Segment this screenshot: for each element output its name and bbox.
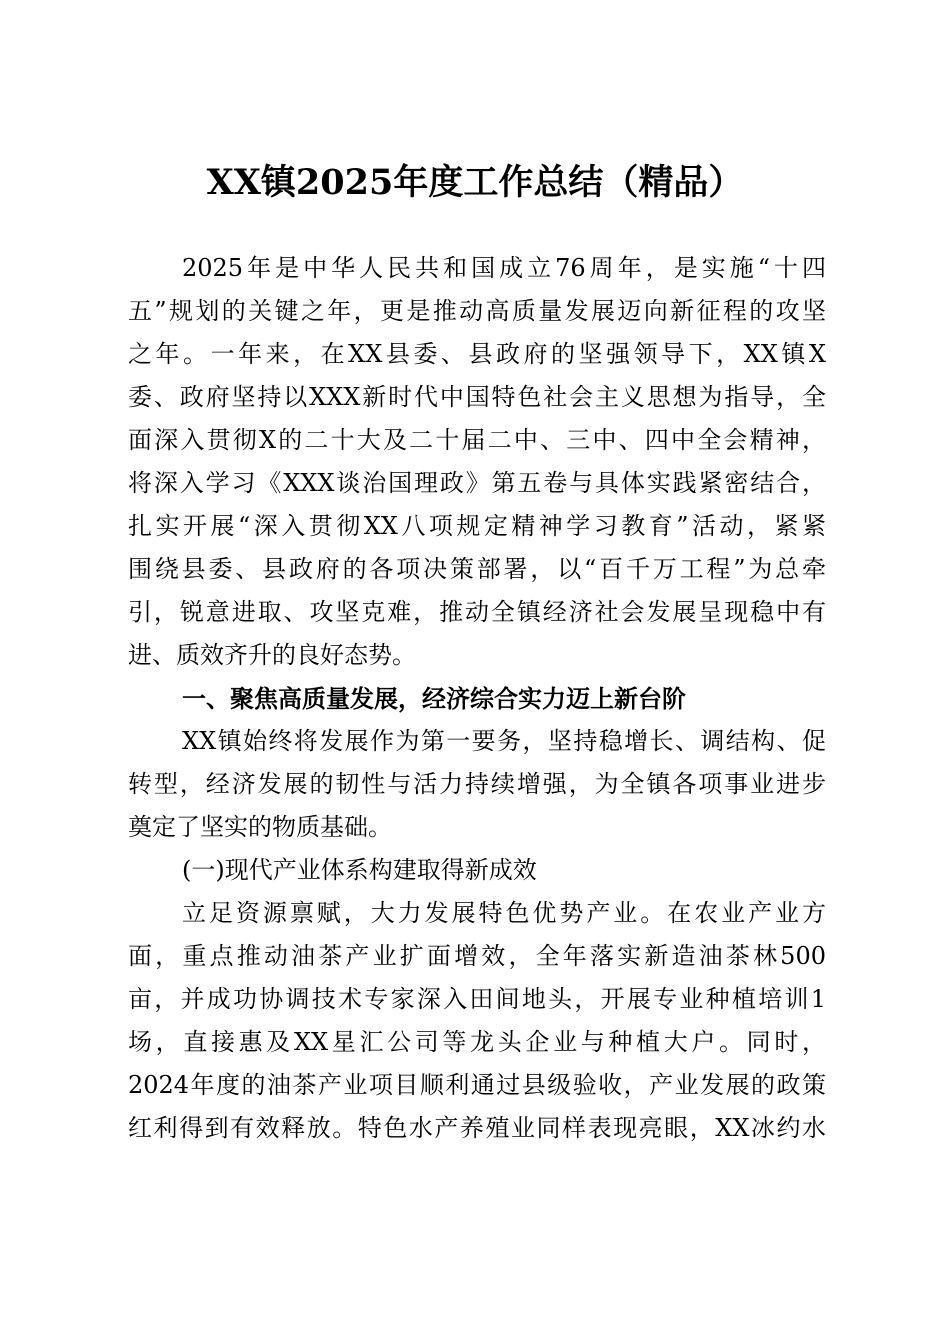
paragraph-line: 立足资源禀赋，大力发展特色优势产业。在农业产业方 [128, 892, 826, 935]
paragraph-line: 场，直接惠及XX星汇公司等龙头企业与种植大户。同时， [128, 1021, 826, 1064]
section-heading: 一、聚焦高质量发展，经济综合实力迈上新台阶 [128, 677, 826, 720]
document-page: XX镇2025年度工作总结（精品） 2025年是中华人民共和国成立76周年，是实… [0, 0, 950, 1344]
subsection-heading: (一)现代产业体系构建取得新成效 [128, 849, 826, 892]
paragraph-line: XX镇始终将发展作为第一要务，坚持稳增长、调结构、促 [128, 720, 826, 763]
section1-paragraph: XX镇始终将发展作为第一要务，坚持稳增长、调结构、促 转型，经济发展的韧性与活力… [128, 720, 826, 849]
paragraph-line: 引，锐意进取、攻坚克难，推动全镇经济社会发展呈现稳中有 [128, 591, 826, 634]
paragraph-line: 委、政府坚持以XXX新时代中国特色社会主义思想为指导，全 [128, 376, 826, 419]
document-body: 2025年是中华人民共和国成立76周年，是实施“十四 五”规划的关键之年，更是推… [128, 247, 826, 1150]
paragraph-line: 亩，并成功协调技术专家深入田间地头，开展专业种植培训1 [128, 978, 826, 1021]
paragraph-line: 五”规划的关键之年，更是推动高质量发展迈向新征程的攻坚 [128, 290, 826, 333]
paragraph-line: 围绕县委、县政府的各项决策部署，以“百千万工程”为总牵 [128, 548, 826, 591]
paragraph-line: 转型，经济发展的韧性与活力持续增强，为全镇各项事业进步 [128, 763, 826, 806]
paragraph-line: 面深入贯彻X的二十大及二十届二中、三中、四中全会精神， [128, 419, 826, 462]
paragraph-line: 2024年度的油茶产业项目顺利通过县级验收，产业发展的政策 [128, 1064, 826, 1107]
paragraph-line: 将深入学习《XXX谈治国理政》第五卷与具体实践紧密结合， [128, 462, 826, 505]
paragraph-line: 面，重点推动油茶产业扩面增效，全年落实新造油茶林500 [128, 935, 826, 978]
paragraph-line: 扎实开展“深入贯彻XX八项规定精神学习教育”活动，紧紧 [128, 505, 826, 548]
paragraph-line: 进、质效齐升的良好态势。 [128, 634, 826, 677]
paragraph-line: 2025年是中华人民共和国成立76周年，是实施“十四 [128, 247, 826, 290]
paragraph-line: 红利得到有效释放。特色水产养殖业同样表现亮眼，XX冰约水 [128, 1107, 826, 1150]
paragraph-line: 之年。一年来，在XX县委、县政府的坚强领导下，XX镇X [128, 333, 826, 376]
intro-paragraph: 2025年是中华人民共和国成立76周年，是实施“十四 五”规划的关键之年，更是推… [128, 247, 826, 677]
paragraph-line: 奠定了坚实的物质基础。 [128, 806, 826, 849]
subsection1-paragraph: 立足资源禀赋，大力发展特色优势产业。在农业产业方 面，重点推动油茶产业扩面增效，… [128, 892, 826, 1150]
document-title: XX镇2025年度工作总结（精品） [0, 158, 950, 208]
